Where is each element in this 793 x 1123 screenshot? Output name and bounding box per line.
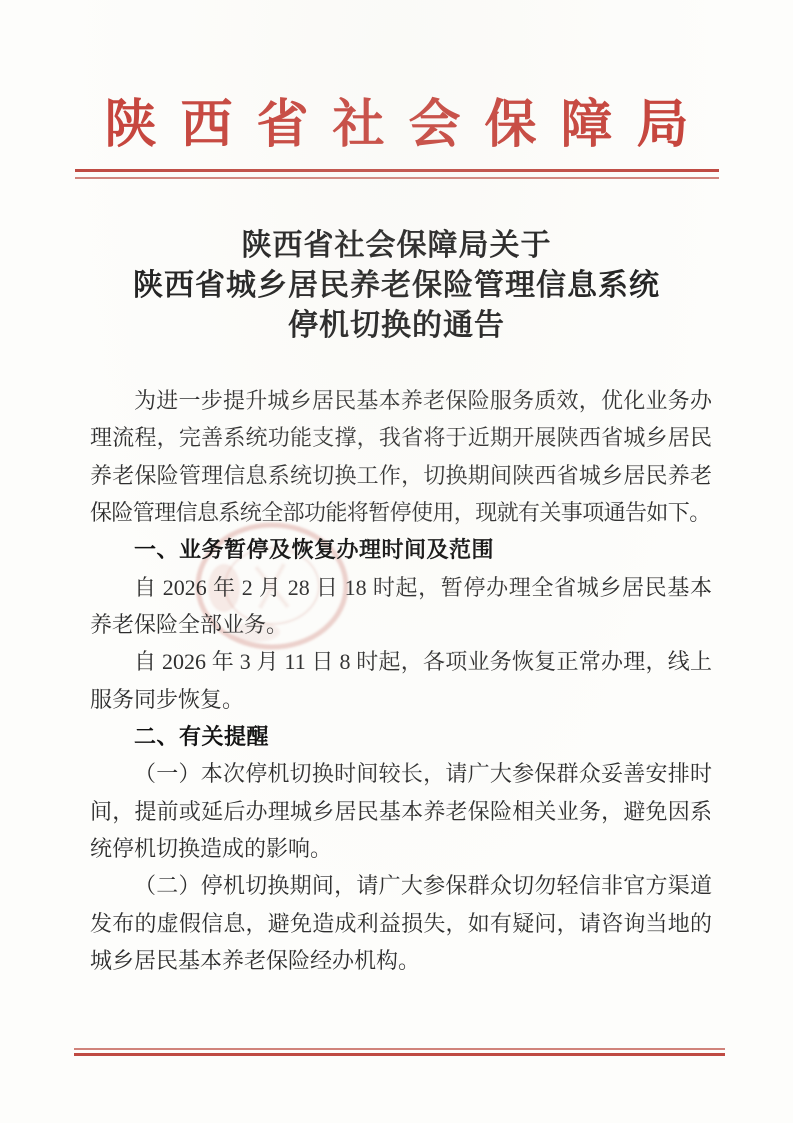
body-line: 间，提前或延后办理城乡居民基本养老保险相关业务，避免因系 bbox=[90, 793, 712, 830]
body-line: 服务同步恢复。 bbox=[90, 681, 712, 718]
scanned-notice-page: 陕西省社会保障局 陕西省社会保障局关于 陕西省城乡居民养老保险管理信息系统 停机… bbox=[0, 0, 793, 1123]
body-line: （一）本次停机切换时间较长，请广大参保群众妥善安排时 bbox=[90, 755, 712, 792]
document-title-line-2: 陕西省城乡居民养老保险管理信息系统 bbox=[0, 266, 793, 306]
document-title-line-3: 停机切换的通告 bbox=[0, 306, 793, 346]
body-line: 理流程，完善系统功能支撑，我省将于近期开展陕西省城乡居民 bbox=[90, 419, 712, 456]
body-line: 自 2026 年 3 月 11 日 8 时起，各项业务恢复正常办理，线上 bbox=[90, 643, 712, 680]
notice-body: 为进一步提升城乡居民基本养老保险服务质效，优化业务办 理流程，完善系统功能支撑，… bbox=[90, 382, 712, 979]
document-title-line-1: 陕西省社会保障局关于 bbox=[0, 226, 793, 266]
body-line: 发布的虚假信息，避免造成利益损失，如有疑问，请咨询当地的 bbox=[90, 905, 712, 942]
body-line: 保险管理信息系统全部功能将暂停使用，现就有关事项通告如下。 bbox=[90, 494, 712, 531]
body-line: 养老保险管理信息系统切换工作，切换期间陕西省城乡居民养老 bbox=[90, 457, 712, 494]
letterhead-org-name: 陕西省社会保障局 bbox=[0, 92, 793, 160]
body-line: 为进一步提升城乡居民基本养老保险服务质效，优化业务办 bbox=[90, 382, 712, 419]
footer-rule bbox=[74, 1048, 725, 1056]
body-line: 自 2026 年 2 月 28 日 18 时起，暂停办理全省城乡居民基本 bbox=[90, 569, 712, 606]
letterhead-divider-rule bbox=[75, 169, 719, 179]
document-title: 陕西省社会保障局关于 陕西省城乡居民养老保险管理信息系统 停机切换的通告 bbox=[0, 226, 793, 346]
body-line: 统停机切换造成的影响。 bbox=[90, 830, 712, 867]
body-line: 养老保险全部业务。 bbox=[90, 606, 712, 643]
body-line: 城乡居民基本养老保险经办机构。 bbox=[90, 942, 712, 979]
section-heading-1: 一、业务暂停及恢复办理时间及范围 bbox=[90, 531, 712, 568]
section-heading-2: 二、有关提醒 bbox=[90, 718, 712, 755]
body-line: （二）停机切换期间，请广大参保群众切勿轻信非官方渠道 bbox=[90, 867, 712, 904]
